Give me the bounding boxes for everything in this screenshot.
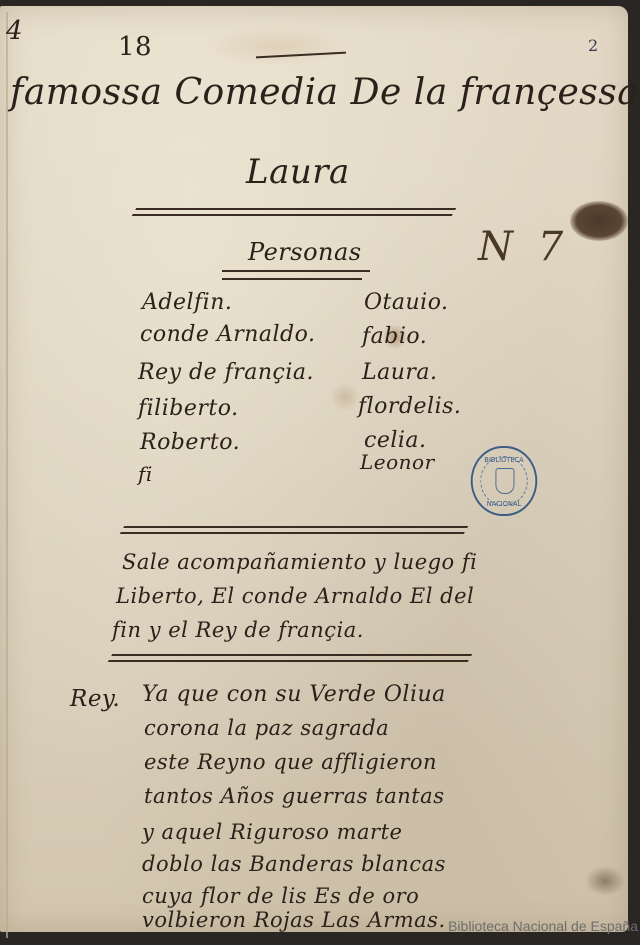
title-underline bbox=[132, 208, 457, 216]
corner-mark: 4 bbox=[6, 16, 23, 46]
library-watermark: Biblioteca Nacional de España bbox=[448, 918, 638, 934]
binding-gutter bbox=[6, 12, 8, 938]
title-line-1: famossa Comedia De la françessa bbox=[10, 72, 639, 113]
cast-member: Adelfin. bbox=[142, 290, 232, 315]
cast-member: Rey de françia. bbox=[138, 360, 314, 385]
coat-of-arms-icon bbox=[495, 468, 514, 494]
cast-heading-rule-2 bbox=[222, 278, 362, 280]
cast-member: flordelis. bbox=[358, 394, 461, 419]
stamp-bottom-text: NACIONAL bbox=[473, 500, 536, 508]
folio-number: 18 bbox=[118, 32, 152, 62]
title-line-2: Laura bbox=[246, 152, 350, 192]
verse-line: Ya que con su Verde Oliua bbox=[142, 682, 446, 707]
stage-direction-line: fin y el Rey de françia. bbox=[112, 618, 364, 642]
cast-member: fabio. bbox=[362, 324, 427, 349]
verse-line: cuya flor de lis Es de oro bbox=[142, 884, 419, 908]
stamp-top-text: BIBLIOTECA bbox=[473, 456, 536, 464]
cast-member: Laura. bbox=[362, 360, 438, 385]
stage-direction-rule-bottom bbox=[108, 654, 473, 662]
cast-heading: Personas bbox=[248, 238, 362, 266]
stage-direction-line: Sale acompañamiento y luego fi bbox=[122, 550, 477, 574]
cast-member: Roberto. bbox=[140, 430, 240, 455]
stage-direction-line: Liberto, El conde Arnaldo El del bbox=[116, 584, 474, 608]
cast-member: Leonor bbox=[360, 450, 435, 474]
ink-stain bbox=[570, 201, 628, 241]
cast-member: filiberto. bbox=[138, 396, 239, 421]
verse-line: volbieron Rojas Las Armas. bbox=[142, 908, 446, 932]
verse-line: tantos Años guerras tantas bbox=[144, 784, 444, 808]
speaker-name: Rey. bbox=[70, 686, 120, 712]
cast-member: Otauio. bbox=[364, 290, 449, 315]
cast-member: fi bbox=[138, 462, 153, 486]
cast-heading-rule-1 bbox=[222, 270, 370, 272]
verse-line: doblo las Banderas blancas bbox=[142, 852, 446, 876]
verse-line: este Reyno que affligieron bbox=[144, 750, 437, 774]
verse-line: y aquel Riguroso marte bbox=[142, 820, 402, 844]
library-stamp: BIBLIOTECA NACIONAL bbox=[471, 446, 538, 516]
page-number: 2 bbox=[588, 36, 599, 55]
cast-member: conde Arnaldo. bbox=[140, 322, 316, 347]
foxing-stain bbox=[200, 26, 350, 66]
stage-direction-rule-top bbox=[120, 526, 469, 534]
manuscript-page: 4 18 2 famossa Comedia De la françessa L… bbox=[0, 6, 628, 932]
shelf-mark: N 7 bbox=[478, 224, 569, 270]
foxing-stain bbox=[585, 866, 625, 896]
foxing-stain bbox=[330, 382, 360, 412]
verse-line: corona la paz sagrada bbox=[144, 716, 389, 740]
